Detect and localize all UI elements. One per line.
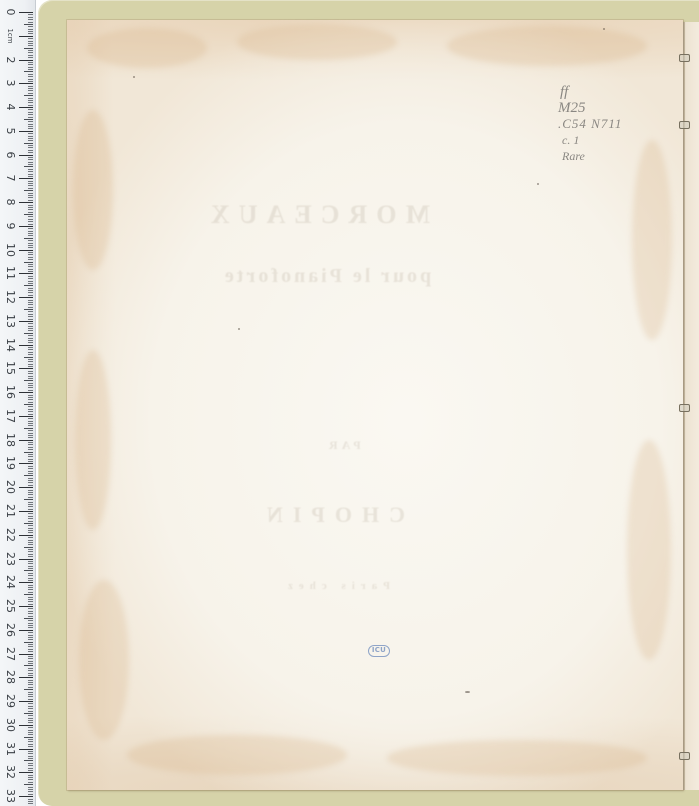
ruler-tick [28,744,33,745]
ruler-tick [28,86,33,87]
ruler-tick [28,221,33,222]
ruler-tick [28,635,33,636]
ruler-tick [28,364,33,365]
ruler-tick [28,411,33,412]
ruler-tick [28,93,33,94]
staple [679,752,690,760]
foxing-stain [447,26,647,66]
staple [679,54,690,62]
ruler-tick [28,314,33,315]
ruler-label: 13 [4,312,16,330]
ruler-tick [28,658,33,659]
ruler-tick [28,340,33,341]
ruler-tick [24,119,33,120]
ruler-tick [19,392,33,393]
ruler-tick [28,371,33,372]
ruler-tick [28,219,33,220]
ruler-tick [19,511,33,512]
ruler-tick [28,126,33,127]
ruler-tick [28,98,33,99]
ruler-tick [28,88,33,89]
ruler-tick [28,715,33,716]
ruler-tick [24,404,33,405]
ruler-tick [28,551,33,552]
ruler-tick [28,791,33,792]
ruler-tick [28,485,33,486]
ruler-tick [28,442,33,443]
ruler-tick [28,525,33,526]
ruler-tick [28,45,33,46]
ruler-tick [28,254,33,255]
ruler-label: 6 [4,146,16,164]
ruler-tick [28,181,33,182]
ruler-tick [28,502,33,503]
ruler-tick [28,768,33,769]
ruler-tick [28,140,33,141]
ruler-label: 15 [4,359,16,377]
ruler-tick [19,178,33,179]
ruler-tick [28,758,33,759]
ruler-tick [28,544,33,545]
ruler-tick [24,71,33,72]
ruler-label: 10 [4,241,16,259]
ruler-label: 19 [4,454,16,472]
call-number-line: ff [560,84,622,100]
ruler-tick [28,205,33,206]
ruler-label: 0 [4,3,16,21]
ruler-tick [28,518,33,519]
ruler-tick [28,708,33,709]
ruler-tick [28,235,33,236]
ruler-tick [19,202,33,203]
ruler-tick [28,739,33,740]
ruler-tick [28,147,33,148]
ruler-tick [28,292,33,293]
ruler-tick [28,304,33,305]
ruler-label: 29 [4,692,16,710]
ruler-tick [28,228,33,229]
call-number-line: M25 [558,100,622,116]
ruler-tick [28,145,33,146]
ruler-tick [28,69,33,70]
ruler-tick [28,620,33,621]
ruler-tick [28,311,33,312]
ruler-tick [28,637,33,638]
ruler-tick [28,29,33,30]
ruler-tick [28,200,33,201]
foxing-stain [79,580,129,740]
ruler-tick [19,654,33,655]
ruler-tick [24,737,33,738]
ruler-tick [28,342,33,343]
ruler-tick [28,81,33,82]
ruler-tick [28,651,33,652]
ruler-label: 2 [4,51,16,69]
ruler-tick [28,494,33,495]
ruler-tick [28,777,33,778]
ruler-tick [28,504,33,505]
ruler-tick [28,471,33,472]
ruler-tick [28,138,33,139]
ruler-tick [28,283,33,284]
ruler-tick [28,330,33,331]
ruler-label: 4 [4,98,16,116]
ruler-tick [19,606,33,607]
ruler-tick [28,421,33,422]
ruler-tick [28,43,33,44]
ruler-tick [28,444,33,445]
ruler-tick [28,730,33,731]
ruler-tick [28,646,33,647]
ruler-tick [28,245,33,246]
ruler-tick [28,589,33,590]
ruler-tick [28,675,33,676]
foxing-stain [87,28,207,68]
ruler-tick [28,782,33,783]
ruler-tick [28,794,33,795]
ruler-tick [28,409,33,410]
ruler-tick [28,193,33,194]
ruler-tick [24,262,33,263]
ruler-tick [28,568,33,569]
ruler-tick [28,490,33,491]
ruler-tick [28,366,33,367]
ruler-tick [24,238,33,239]
ruler-tick [28,176,33,177]
speck [465,691,470,693]
foxing-stain [627,440,671,660]
ruler-tick [28,406,33,407]
ruler-label: 16 [4,383,16,401]
ruler-tick [28,530,33,531]
ruler-tick [28,209,33,210]
ruler-label: 27 [4,645,16,663]
ruler-tick [28,259,33,260]
ruler-tick [28,746,33,747]
ruler-tick [28,414,33,415]
ruler-tick [19,772,33,773]
ruler-tick [19,749,33,750]
ruler-tick [24,333,33,334]
ruler-tick [28,466,33,467]
ruler-tick [28,159,33,160]
ruler-tick [28,532,33,533]
ruler-label: 32 [4,763,16,781]
ruler-label: 1cm [4,27,16,45]
ruler-tick [28,26,33,27]
ruler-tick [28,711,33,712]
ruler-tick [28,706,33,707]
ruler-tick [24,570,33,571]
ruler-tick [28,604,33,605]
ruler-tick [28,751,33,752]
ruler-tick [28,673,33,674]
ruler-tick [28,319,33,320]
ruler-label: 11 [4,264,16,282]
ruler-tick [28,338,33,339]
ruler-tick [28,537,33,538]
ruler-tick [28,435,33,436]
ruler-tick [28,50,33,51]
ruler-tick [28,779,33,780]
ruler-tick [28,376,33,377]
ruler-tick [28,354,33,355]
ruler-tick [28,399,33,400]
ruler-tick [28,112,33,113]
ruler-tick [28,102,33,103]
ruler-tick [28,105,33,106]
ruler-tick [28,33,33,34]
ruler-tick [28,38,33,39]
ruler-tick [19,559,33,560]
ruler-tick [19,297,33,298]
ruler-tick [28,592,33,593]
ruler-tick [28,627,33,628]
ruler-tick [28,67,33,68]
ruler-label: 25 [4,597,16,615]
ruler-tick [19,321,33,322]
ruler-tick [28,459,33,460]
staple [679,121,690,129]
ruler-tick [28,361,33,362]
ruler-tick [24,760,33,761]
ruler-tick [28,661,33,662]
ruler-tick [28,684,33,685]
ruler-label: 20 [4,478,16,496]
ruler-tick [28,171,33,172]
ruler-tick [28,19,33,20]
ruler-tick [24,618,33,619]
ruler-tick [28,359,33,360]
ruler-tick [28,687,33,688]
ruler-tick [28,623,33,624]
foxing-stain [73,110,113,270]
ruler-tick [28,133,33,134]
ruler-tick [24,166,33,167]
ruler-tick [28,521,33,522]
ruler-tick [28,418,33,419]
ruler-tick [28,616,33,617]
ruler-tick [28,233,33,234]
ruler-tick [28,307,33,308]
ruler-tick [24,190,33,191]
foxing-stain [237,24,397,60]
ruler-tick [28,90,33,91]
ruler-tick [28,195,33,196]
ruler-label: 30 [4,716,16,734]
ruler-tick [28,347,33,348]
ruler-label: 23 [4,550,16,568]
ruler-tick [28,183,33,184]
ruler-tick [28,124,33,125]
ruler-tick [28,76,33,77]
ruler-tick [19,273,33,274]
ruler-tick [28,423,33,424]
ruler-tick [28,597,33,598]
ruler-tick [28,703,33,704]
ruler-tick [19,463,33,464]
foxing-stain [387,740,647,776]
ruler-label: 31 [4,740,16,758]
ruler-tick [28,150,33,151]
ruler-tick [28,169,33,170]
ruler-tick [19,368,33,369]
ruler-tick [28,775,33,776]
ruler-tick [28,52,33,53]
ruler-tick [28,542,33,543]
ruler-tick [28,587,33,588]
pencil-call-number: ff M25 .C54 N711 c. 1 Rare [558,84,622,164]
ruler-label: 3 [4,74,16,92]
ruler-tick [28,328,33,329]
ruler-tick [28,387,33,388]
ruler-tick [28,599,33,600]
ruler-tick [28,152,33,153]
ruler-tick [28,625,33,626]
ruler-tick [28,449,33,450]
ruler-tick [24,95,33,96]
ruler-tick [28,22,33,23]
ruler-tick [28,513,33,514]
ruler-tick [28,573,33,574]
ruler-tick [28,799,33,800]
ruler-tick [28,497,33,498]
ruler-tick [19,155,33,156]
speck [603,28,605,30]
ruler-tick [28,789,33,790]
ruler-tick [24,357,33,358]
ruler-tick [19,226,33,227]
ruler-tick [28,656,33,657]
ruler-label: 7 [4,169,16,187]
ruler-tick [28,390,33,391]
ruler-tick [28,437,33,438]
ruler-tick [28,62,33,63]
ruler-tick [28,732,33,733]
ruler-tick [24,475,33,476]
ruler-label: 33 [4,787,16,805]
ruler-tick [28,722,33,723]
ruler-tick [28,197,33,198]
ruler-tick [24,285,33,286]
measuring-ruler: 01cm234567891011121314151617181920212223… [0,0,36,806]
ruler-tick [24,24,33,25]
ruler-tick [28,349,33,350]
call-number-line: c. 1 [562,132,622,148]
ruler-tick [28,644,33,645]
ruler-tick [28,694,33,695]
ruler-tick [28,682,33,683]
ruler-tick [19,535,33,536]
ruler-tick [28,57,33,58]
ruler-tick [28,613,33,614]
ruler-tick [28,41,33,42]
show-through-composer: CHOPIN [257,502,405,528]
foxing-stain [632,140,672,340]
ruler-tick [28,157,33,158]
ruler-tick [28,632,33,633]
show-through-title: MORCEAUX [202,200,430,230]
ruler-tick [28,473,33,474]
ruler-tick [19,725,33,726]
ruler-tick [19,131,33,132]
ruler-tick [28,561,33,562]
ruler-label: 18 [4,431,16,449]
ruler-tick [28,509,33,510]
ruler-tick [24,428,33,429]
ruler-tick [28,240,33,241]
foxing-stain [75,350,111,530]
ruler-label: 26 [4,621,16,639]
ruler-tick [24,309,33,310]
ruler-tick [28,100,33,101]
ruler-tick [24,642,33,643]
ruler-tick [19,12,33,13]
ruler-tick [28,266,33,267]
show-through-subtitle: pour le Pianoforte [222,265,431,288]
ruler-tick [19,250,33,251]
ruler-tick [28,378,33,379]
ruler-tick [28,373,33,374]
ruler-tick [28,395,33,396]
speck [133,76,135,78]
ruler-tick [28,323,33,324]
ruler-tick [19,796,33,797]
ruler-tick [28,770,33,771]
ruler-tick [28,278,33,279]
ruler-tick [24,713,33,714]
foxing-stain [127,735,347,775]
ruler-tick [28,549,33,550]
ruler-tick [24,380,33,381]
ruler-tick [28,699,33,700]
ruler-tick [28,528,33,529]
show-through-publisher: Paris chez [282,580,390,592]
ruler-tick [19,60,33,61]
ruler-tick [24,665,33,666]
call-number-line: Rare [562,148,622,164]
speck [537,183,539,185]
ruler-tick [28,162,33,163]
ruler-tick [28,269,33,270]
ruler-tick [28,556,33,557]
ruler-tick [19,345,33,346]
ruler-tick [28,79,33,80]
ruler-tick [28,188,33,189]
speck [238,328,240,330]
ruler-tick [28,252,33,253]
ruler-tick [28,247,33,248]
ruler-tick [28,578,33,579]
ruler-tick [28,765,33,766]
ruler-tick [28,288,33,289]
ruler-tick [28,718,33,719]
ruler-tick [28,670,33,671]
ruler-tick [28,352,33,353]
ruler-label: 21 [4,502,16,520]
ruler-tick [28,454,33,455]
ruler-tick [28,276,33,277]
ruler-tick [24,214,33,215]
ruler-tick [28,461,33,462]
ruler-tick [28,74,33,75]
ruler-tick [28,680,33,681]
ruler-tick [28,601,33,602]
ruler-tick [19,83,33,84]
ruler-tick [24,523,33,524]
ruler-tick [28,109,33,110]
ruler-tick [28,663,33,664]
